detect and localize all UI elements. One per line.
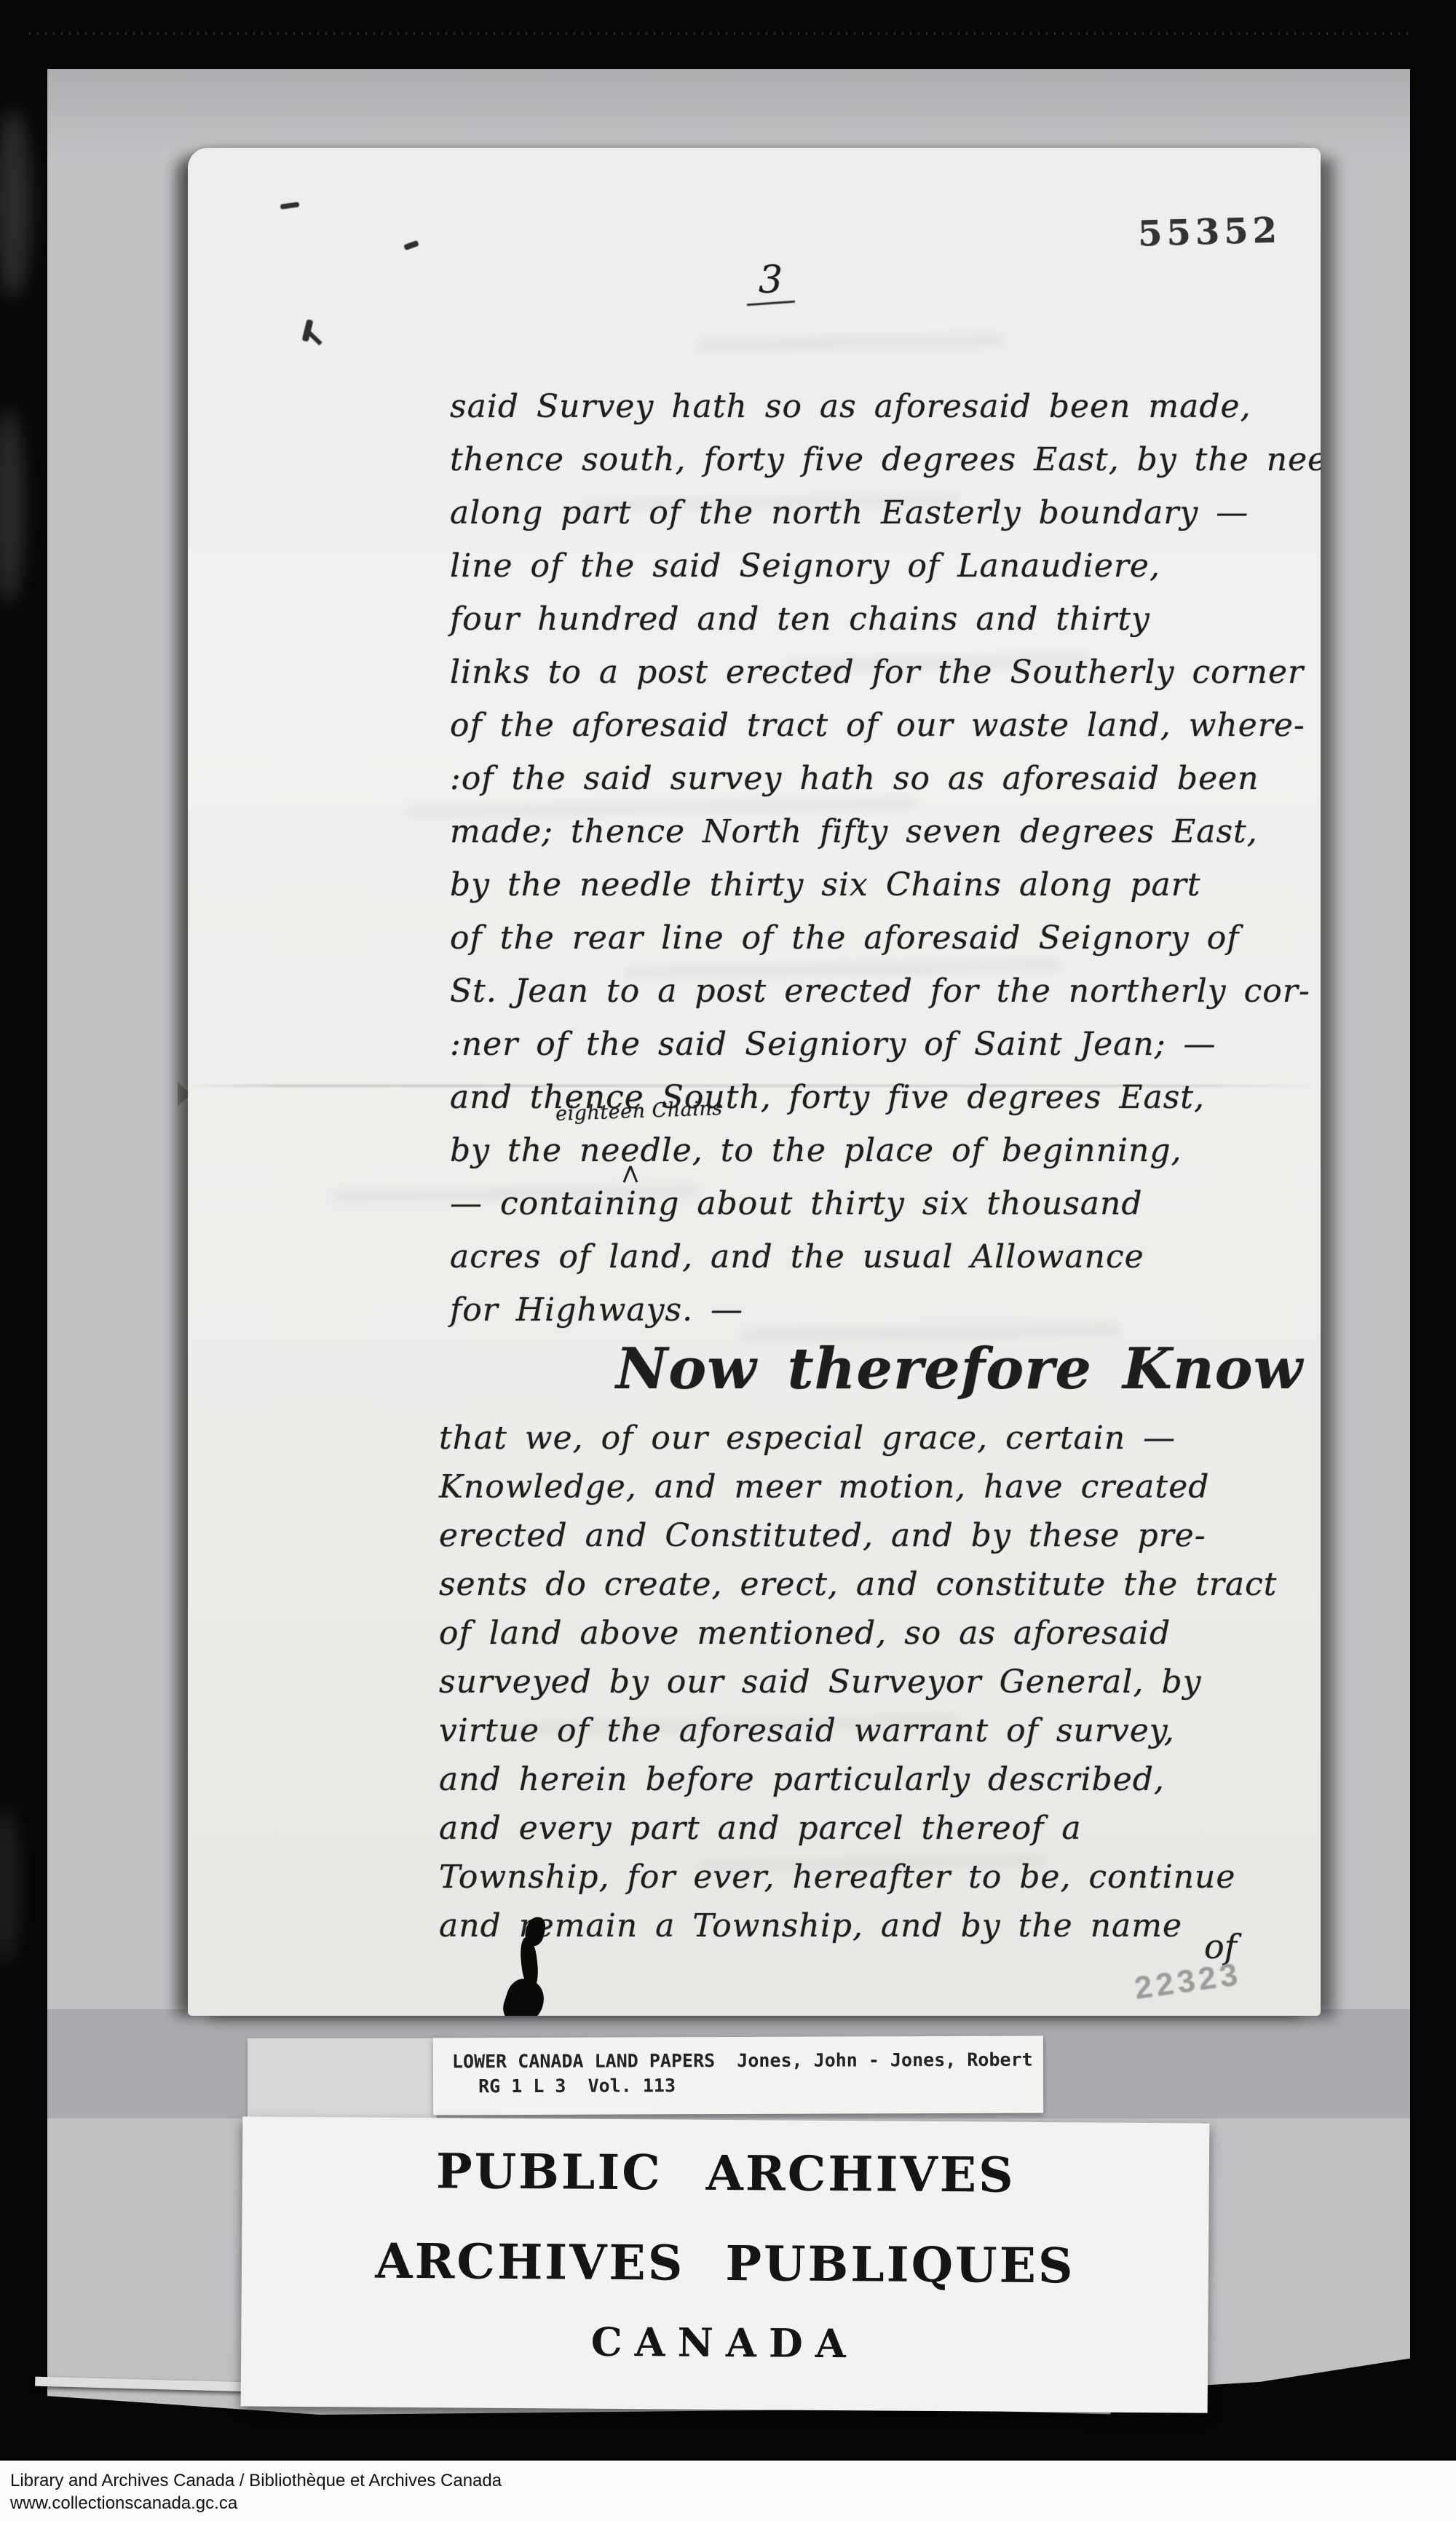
manuscript-line: and herein before particularly described…: [439, 1761, 1277, 1810]
manuscript-line: sents do create, erect, and constitute t…: [439, 1566, 1277, 1615]
manuscript-line: along part of the north Easterly boundar…: [450, 494, 1321, 547]
ink-mark: [280, 202, 300, 210]
manuscript-line: erected and Constituted, and by these pr…: [439, 1517, 1277, 1566]
manuscript-line: Township, for ever, hereafter to be, con…: [439, 1859, 1277, 1907]
manuscript-line: line of the said Seignory of Lanaudiere,: [450, 547, 1321, 601]
manuscript-line: that we, of our especial grace, certain …: [439, 1420, 1277, 1468]
manuscript-line: links to a post erected for the Southerl…: [450, 654, 1321, 707]
microfilm-scan: 55352 3 said Survey hath so as aforesaid…: [0, 0, 1456, 2521]
film-artifact: [0, 109, 32, 298]
section-heading: Now therefore Know Ye: [616, 1336, 1321, 1402]
manuscript-line: acres of land, and the usual Allowance: [450, 1238, 1321, 1291]
manuscript-line: St. Jean to a post erected for the north…: [450, 973, 1321, 1026]
film-artifact: [0, 408, 25, 604]
manuscript-line: by the needle thirty six Chains along pa…: [450, 866, 1321, 919]
reference-label-callnumber: RG 1 L 3 Vol. 113: [478, 2075, 676, 2097]
footer-institution: Library and Archives Canada / Bibliothèq…: [10, 2471, 502, 2491]
manuscript-line: of the rear line of the aforesaid Seigno…: [450, 919, 1321, 973]
ink-blot: [501, 1917, 566, 2016]
manuscript-page: 55352 3 said Survey hath so as aforesaid…: [188, 148, 1321, 2016]
manuscript-text-upper: said Survey hath so as aforesaid been ma…: [450, 388, 1321, 1345]
bleedthrough-smudge: [697, 334, 1003, 351]
manuscript-line: of land above mentioned, so as aforesaid: [439, 1615, 1277, 1663]
reference-label: LOWER CANADA LAND PAPERS Jones, John - J…: [433, 2036, 1043, 2116]
manuscript-line: virtue of the aforesaid warrant of surve…: [439, 1712, 1277, 1761]
paper-fragment: [248, 2038, 437, 2120]
archives-card-french: ARCHIVES PUBLIQUES: [242, 2231, 1209, 2295]
ink-mark: [302, 319, 314, 341]
film-edge-speckles: [29, 32, 1412, 35]
manuscript-line: thence south, forty five degrees East, b…: [450, 441, 1321, 494]
manuscript-text-lower: that we, of our especial grace, certain …: [439, 1420, 1277, 1956]
ink-mark: [403, 240, 419, 250]
film-artifact: [0, 1805, 20, 1966]
archives-card: PUBLIC ARCHIVES ARCHIVES PUBLIQUES CANAD…: [241, 2116, 1210, 2413]
manuscript-line: said Survey hath so as aforesaid been ma…: [450, 388, 1321, 441]
reference-label-title: LOWER CANADA LAND PAPERS Jones, John - J…: [452, 2049, 1033, 2073]
page-number: 3: [759, 258, 783, 302]
manuscript-line: :of the said survey hath so as aforesaid…: [450, 760, 1321, 813]
archival-number-stamp-top: 55352: [1137, 210, 1281, 254]
manuscript-line: and every part and parcel thereof a: [439, 1810, 1277, 1859]
archives-card-english: PUBLIC ARCHIVES: [242, 2141, 1210, 2204]
manuscript-line: — containing about thirty six thousand: [450, 1185, 1321, 1238]
manuscript-line: :ner of the said Seigniory of Saint Jean…: [450, 1026, 1321, 1079]
manuscript-line: of the aforesaid tract of our waste land…: [450, 707, 1321, 760]
manuscript-line: made; thence North fifty seven degrees E…: [450, 813, 1321, 866]
manuscript-line: four hundred and ten chains and thirty: [450, 601, 1321, 654]
archival-number-stamp-bottom: 22323: [1132, 1956, 1243, 2007]
laci-footer: Library and Archives Canada / Bibliothèq…: [0, 2461, 1456, 2521]
manuscript-line: Knowledge, and meer motion, have created: [439, 1468, 1277, 1517]
archives-card-canada: CANADA: [241, 2316, 1208, 2369]
manuscript-line: by the needle, to the place of beginning…: [450, 1132, 1321, 1185]
footer-url: www.collectionscanada.gc.ca: [10, 2493, 237, 2514]
insertion-caret-mark: [623, 1165, 638, 1183]
manuscript-line: surveyed by our said Surveyor General, b…: [439, 1663, 1277, 1712]
